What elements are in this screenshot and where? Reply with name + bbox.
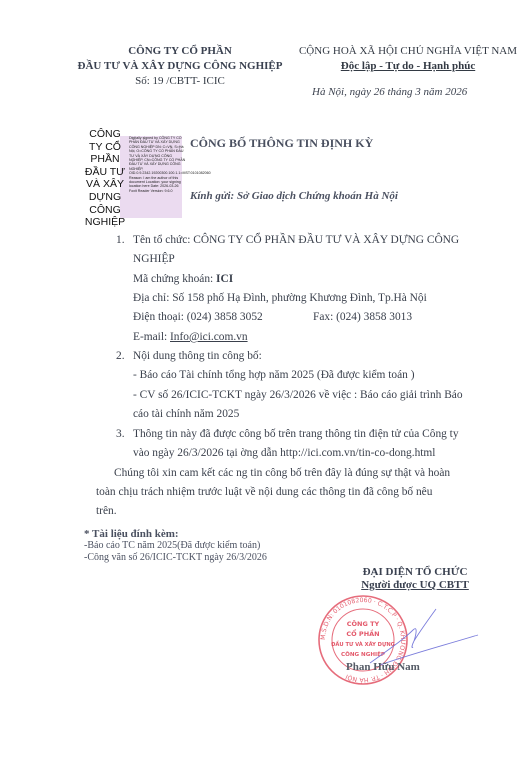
section2-heading: Nội dung thông tin công bố:: [133, 350, 262, 362]
ticker-value: ICI: [216, 273, 233, 285]
org-name-cont: NGHIỆP: [133, 253, 175, 265]
digital-signer-name: CÔNG TY CỔ PHẦN ĐẦU TƯ VÀ XÂY DỰNG CÔNG …: [82, 128, 128, 229]
ticker-row: Mã chứng khoán: ICI: [133, 273, 233, 285]
svg-text:CÔNG TY: CÔNG TY: [347, 619, 380, 628]
org-label: Tên tổ chức:: [133, 234, 193, 246]
email-row: E-mail: Info@ici.com.vn: [133, 331, 248, 343]
attachment-item: -Báo cáo TC năm 2025(Đã được kiểm toán): [84, 540, 267, 552]
commitment-line2: toàn chịu trách nhiệm trước luật về nội …: [96, 486, 432, 498]
company-line2: ĐẦU TƯ VÀ XÂY DỰNG CÔNG NGHIỆP: [70, 59, 290, 74]
section3-line1: Thông tin này đã được công bố trên trang…: [133, 428, 459, 440]
recipient: Kính gửi: Sở Giao dịch Chứng khoán Hà Nộ…: [190, 190, 398, 202]
svg-text:ĐẦU TƯ VÀ XÂY DỰNG: ĐẦU TƯ VÀ XÂY DỰNG: [331, 639, 395, 648]
document-date: Hà Nội, ngày 26 tháng 3 năm 2026: [312, 86, 467, 98]
fax: Fax: (024) 3858 3013: [313, 311, 412, 323]
document-title: CÔNG BỐ THÔNG TIN ĐỊNH KỲ: [190, 136, 373, 151]
section1-number: 1.: [116, 234, 125, 246]
handwritten-signature-icon: [370, 609, 478, 665]
national-motto: Độc lập - Tự do - Hạnh phúc: [341, 60, 475, 72]
disclosure-item-2: - CV số 26/ICIC-TCKT ngày 26/3/2026 về v…: [133, 389, 463, 401]
disclosure-item-2-cont: cáo tài chính năm 2025: [133, 408, 239, 420]
email-link[interactable]: Info@ici.com.vn: [170, 331, 248, 343]
company-line1: CÔNG TY CỔ PHẦN: [70, 44, 290, 59]
attachment-item: -Công văn số 26/ICIC-TCKT ngày 26/3/2026: [84, 552, 267, 564]
email-label: E-mail:: [133, 331, 170, 343]
section2-number: 2.: [116, 350, 125, 362]
company-header: CÔNG TY CỔ PHẦN ĐẦU TƯ VÀ XÂY DỰNG CÔNG …: [70, 44, 290, 89]
document-number: Số: 19 /CBTT- ICIC: [70, 74, 290, 89]
commitment-line1: Chúng tôi xin cam kết các ng tin công bố…: [114, 467, 450, 479]
digital-signature-details: Digitally signed by CÔNG TY CỔ PHẦN ĐẦU …: [129, 136, 187, 193]
disclosure-item-1: - Báo cáo Tài chính tổng hợp năm 2025 (Đ…: [133, 369, 415, 381]
section3-number: 3.: [116, 428, 125, 440]
attachments: * Tài liệu đính kèm: -Báo cáo TC năm 202…: [84, 528, 267, 564]
address: Địa chỉ: Số 158 phố Hạ Đình, phường Khươ…: [133, 292, 427, 304]
org-name: CÔNG TY CỔ PHẦN ĐẦU TƯ VÀ XÂY DỰNG CÔNG: [193, 234, 459, 246]
representative-role: Người được UQ CBTT: [340, 579, 490, 592]
representative-block: ĐẠI DIỆN TỔ CHỨC Người được UQ CBTT: [340, 566, 490, 592]
section3-line2: vào ngày 26/3/2026 tại ờng dẫn http://ic…: [133, 447, 435, 459]
commitment-line3: trên.: [96, 505, 117, 517]
signer-name: Phan Hữu Nam: [346, 661, 420, 673]
attachments-heading: * Tài liệu đính kèm:: [84, 528, 267, 540]
ticker-label: Mã chứng khoán:: [133, 273, 216, 285]
national-header: CỘNG HOÀ XÃ HỘI CHỦ NGHĨA VIỆT NAM Độc l…: [298, 44, 518, 74]
national-title: CỘNG HOÀ XÃ HỘI CHỦ NGHĨA VIỆT NAM: [298, 44, 518, 59]
svg-text:CỔ PHẦN: CỔ PHẦN: [346, 628, 379, 638]
phone: Điện thoại: (024) 3858 3052: [133, 311, 263, 323]
org-name-row: Tên tổ chức: CÔNG TY CỔ PHẦN ĐẦU TƯ VÀ X…: [133, 234, 459, 246]
representative-title: ĐẠI DIỆN TỔ CHỨC: [340, 566, 490, 579]
digital-signature-block[interactable]: CÔNG TY CỔ PHẦN ĐẦU TƯ VÀ XÂY DỰNG CÔNG …: [82, 128, 192, 230]
